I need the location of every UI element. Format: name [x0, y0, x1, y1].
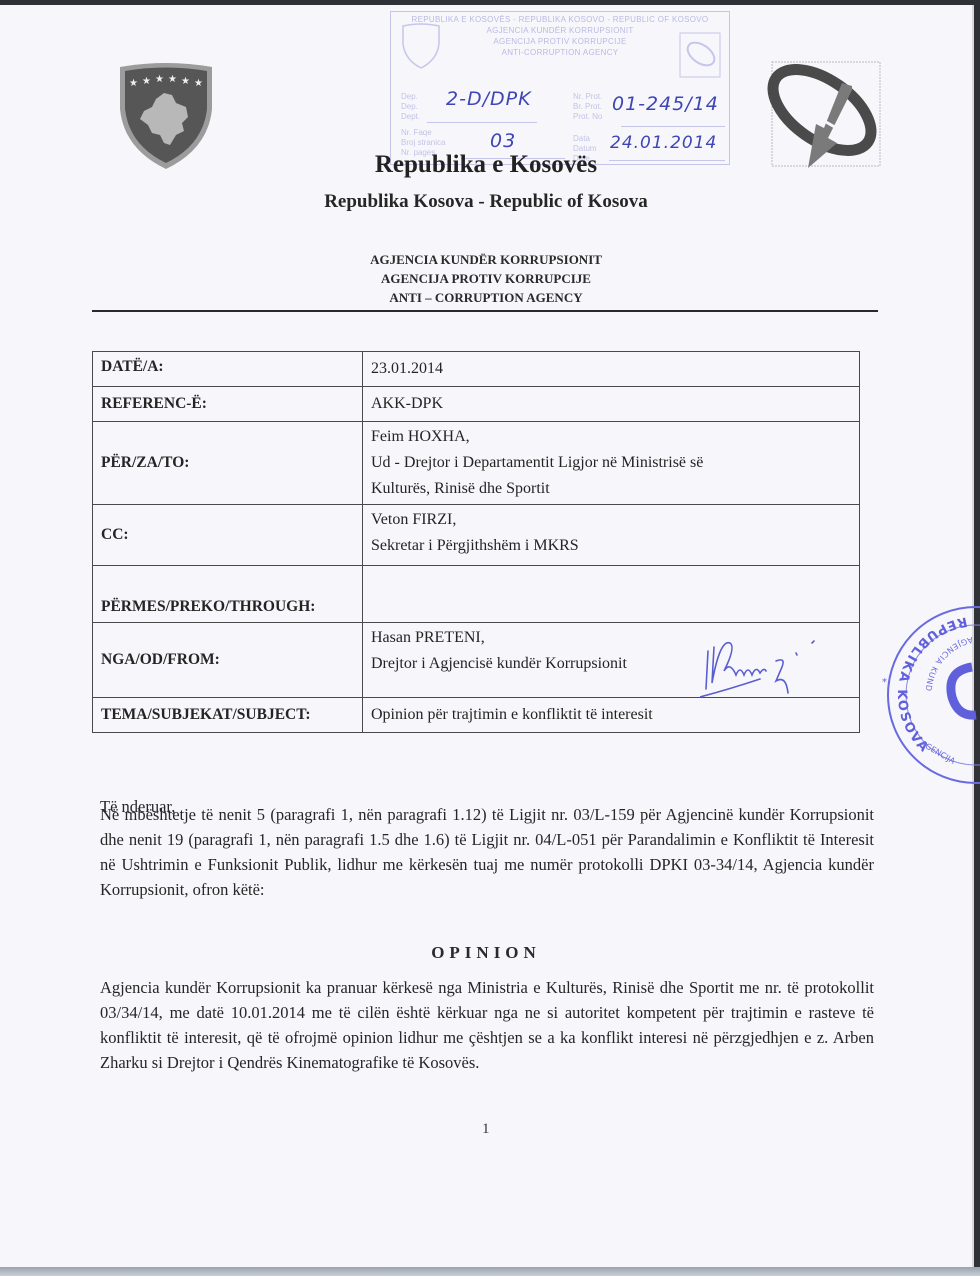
value-line: Kulturës, Rinisë dhe Sportit — [371, 476, 851, 502]
row-label: NGA/OD/FROM: — [93, 623, 363, 698]
section-heading: OPINION — [0, 943, 972, 963]
stamp-label: Broj stranica — [401, 138, 445, 148]
value-line: Veton FIRZI, — [371, 507, 851, 533]
row-value: Feim HOXHA, Ud - Drejtor i Departamentit… — [363, 422, 860, 505]
window-bottom-frame — [0, 1267, 980, 1276]
row-value: 23.01.2014 — [363, 352, 860, 387]
stamp-label: Dep. — [401, 92, 418, 102]
svg-text:★: ★ — [168, 74, 177, 85]
value-line: Opinion për trajtimin e konfliktit të in… — [371, 702, 851, 728]
value-line: 23.01.2014 — [371, 356, 851, 382]
stamp-label: Data — [573, 134, 590, 144]
stamp-logo-icon — [679, 32, 721, 78]
table-row: TEMA/SUBJEKAT/SUBJECT: Opinion për trajt… — [93, 698, 860, 733]
row-label: TEMA/SUBJEKAT/SUBJECT: — [93, 698, 363, 733]
intro-paragraph: Në mbështetje të nenit 5 (paragrafi 1, n… — [100, 802, 874, 902]
table-row: REFERENC-Ë: AKK-DPK — [93, 387, 860, 422]
stamp-label: Dep. — [401, 102, 418, 112]
handwritten-pages: 03 — [490, 130, 516, 152]
stamp-label: Nr. Faqe — [401, 128, 432, 138]
row-value — [363, 566, 860, 623]
stamp-emblem-icon — [401, 22, 441, 70]
table-row: PËRMES/PREKO/THROUGH: — [93, 566, 860, 623]
row-value: Veton FIRZI, Sekretar i Përgjithshëm i M… — [363, 505, 860, 566]
svg-text:★: ★ — [181, 76, 190, 87]
header-divider — [92, 310, 878, 312]
agency-name-line: AGJENCIA KUNDËR KORRUPSIONIT — [0, 250, 972, 269]
row-label: CC: — [93, 505, 363, 566]
stamp-label: Nr. Prot. — [573, 92, 602, 102]
page-title: Republika e Kosovës — [0, 151, 972, 179]
document-page: ★ ★ ★ ★ ★ ★ REPUBLIKA E KOSOVËS - REPUBL… — [0, 5, 974, 1267]
row-label: DATË/A: — [93, 352, 363, 387]
row-label: PËR/ZA/TO: — [93, 422, 363, 505]
table-row: DATË/A: 23.01.2014 — [93, 352, 860, 387]
row-label: REFERENC-Ë: — [93, 387, 363, 422]
svg-text:★: ★ — [155, 74, 164, 85]
handwritten-protocol-number: 01-245/14 — [612, 93, 719, 115]
stamp-label: Br. Prot. — [573, 102, 602, 112]
page-subtitle: Republika Kosova - Republic of Kosova — [0, 191, 972, 213]
stamp-header-line: REPUBLIKA E KOSOVËS - REPUBLIKA KOSOVO -… — [391, 14, 729, 25]
stamp-label: Dept. — [401, 112, 420, 122]
svg-text:★: ★ — [194, 78, 203, 89]
svg-text:★: ★ — [142, 76, 151, 87]
row-value: Opinion për trajtimin e konfliktit të in… — [363, 698, 860, 733]
svg-text:*: * — [882, 677, 887, 688]
svg-text:★: ★ — [129, 78, 138, 89]
row-value: AKK-DPK — [363, 387, 860, 422]
handwritten-department: 2-D/DPK — [446, 88, 532, 110]
agency-name-line: AGENCIJA PROTIV KORRUPCIJE — [0, 269, 972, 288]
opinion-paragraph: Agjencia kundër Korrupsionit ka pranuar … — [100, 975, 874, 1075]
official-seal-icon: REPUBLIKA KOSOVA AGJENCIA KUND AGENCIJA … — [876, 597, 980, 793]
value-line: Ud - Drejtor i Departamentit Ligjor në M… — [371, 450, 851, 476]
agency-name-block: AGJENCIA KUNDËR KORRUPSIONIT AGENCIJA PR… — [0, 250, 972, 307]
value-line: Sekretar i Përgjithshëm i MKRS — [371, 533, 851, 559]
value-line: Feim HOXHA, — [371, 424, 851, 450]
value-line: AKK-DPK — [371, 391, 851, 417]
table-row: CC: Veton FIRZI, Sekretar i Përgjithshëm… — [93, 505, 860, 566]
stamp-label: Prot. No — [573, 112, 602, 122]
row-label: PËRMES/PREKO/THROUGH: — [93, 566, 363, 623]
page-number: 1 — [482, 1121, 490, 1138]
signature-icon — [700, 631, 830, 701]
handwritten-date: 24.01.2014 — [610, 133, 717, 153]
table-row: PËR/ZA/TO: Feim HOXHA, Ud - Drejtor i De… — [93, 422, 860, 505]
agency-name-line: ANTI – CORRUPTION AGENCY — [0, 288, 972, 307]
